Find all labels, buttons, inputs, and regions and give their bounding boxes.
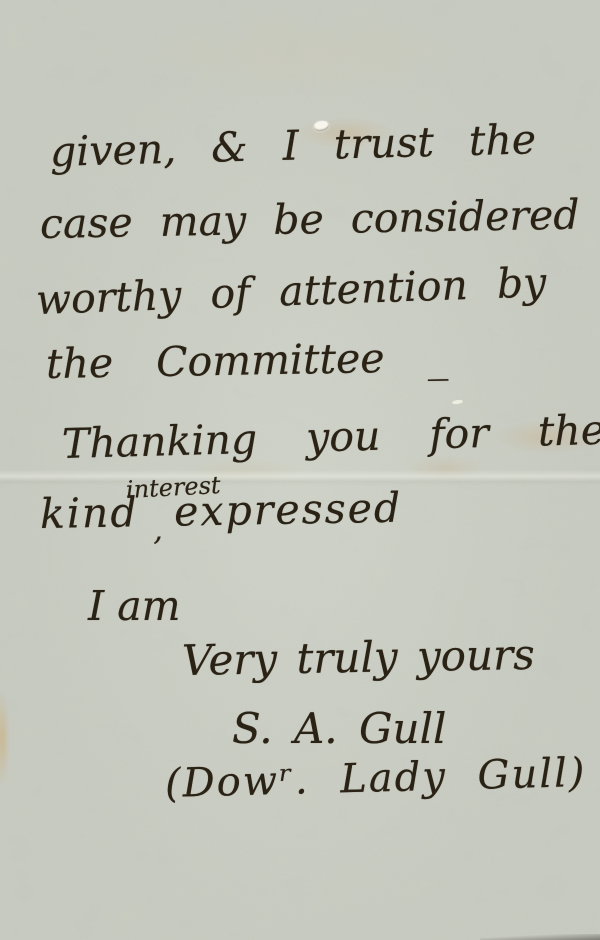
letter-line: Thanking you for the <box>61 410 600 465</box>
letter-line: case may be considered <box>40 195 580 245</box>
letter-line: given, & I trust the <box>49 119 536 173</box>
insertion-caret: ‚ <box>153 516 165 546</box>
paper-speck <box>452 399 463 404</box>
letter-signature-note: (Dowʳ. Lady Gull) <box>164 753 586 804</box>
fold-crease <box>0 470 600 486</box>
word-kind: kind <box>40 488 139 538</box>
letter-line: worthy of attention by <box>35 262 547 321</box>
letter-line: the Committee _ <box>46 337 449 385</box>
letter-closing: Very truly yours <box>182 634 535 682</box>
word-expressed: expressed <box>174 484 403 536</box>
letter-line: I am <box>88 586 181 627</box>
scan-edge-shadow <box>480 934 600 940</box>
letter-line: kind‚expressed <box>40 488 403 535</box>
letter-signature: S. A. Gull <box>232 708 446 750</box>
letter-scan: given, & I trust the case may be conside… <box>0 0 600 940</box>
